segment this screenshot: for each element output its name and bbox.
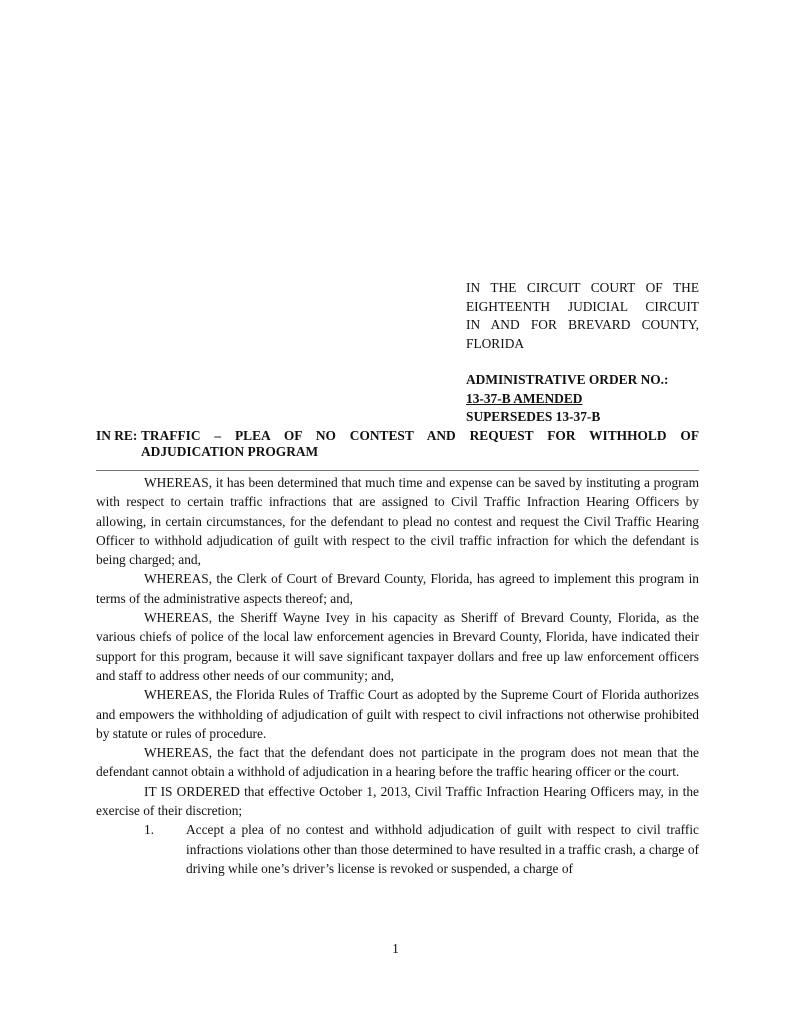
item-text: Accept a plea of no contest and withhold… bbox=[186, 820, 699, 878]
order-label: ADMINISTRATIVE ORDER NO.: bbox=[466, 371, 699, 390]
order-number: 13-37-B AMENDED bbox=[466, 391, 582, 406]
whereas-paragraph: WHEREAS, the Clerk of Court of Brevard C… bbox=[96, 569, 699, 608]
court-line: IN AND FOR BREVARD COUNTY, bbox=[466, 316, 699, 335]
item-number: 1. bbox=[144, 820, 186, 878]
whereas-paragraph: WHEREAS, the Florida Rules of Traffic Co… bbox=[96, 685, 699, 743]
court-line: EIGHTEENTH JUDICIAL CIRCUIT bbox=[466, 298, 699, 317]
order-body: WHEREAS, it has been determined that muc… bbox=[96, 473, 699, 878]
in-re-heading: IN RE: TRAFFIC – PLEA OF NO CONTEST AND … bbox=[96, 428, 699, 460]
court-line: IN THE CIRCUIT COURT OF THE bbox=[466, 279, 699, 298]
page-number: 1 bbox=[0, 941, 791, 957]
whereas-paragraph: WHEREAS, it has been determined that muc… bbox=[96, 473, 699, 569]
in-re-title-line: ADJUDICATION PROGRAM bbox=[141, 444, 699, 460]
whereas-paragraph: WHEREAS, the fact that the defendant doe… bbox=[96, 743, 699, 782]
court-caption: IN THE CIRCUIT COURT OF THE EIGHTEENTH J… bbox=[466, 279, 699, 427]
numbered-item: 1. Accept a plea of no contest and withh… bbox=[144, 820, 699, 878]
ordered-paragraph: IT IS ORDERED that effective October 1, … bbox=[96, 782, 699, 821]
in-re-label: IN RE: bbox=[96, 428, 141, 460]
whereas-paragraph: WHEREAS, the Sheriff Wayne Ivey in his c… bbox=[96, 608, 699, 685]
order-block: ADMINISTRATIVE ORDER NO.: 13-37-B AMENDE… bbox=[466, 371, 699, 427]
horizontal-rule bbox=[96, 470, 699, 471]
in-re-title-line: TRAFFIC – PLEA OF NO CONTEST AND REQUEST… bbox=[141, 428, 699, 444]
court-line: FLORIDA bbox=[466, 335, 699, 354]
in-re-title: TRAFFIC – PLEA OF NO CONTEST AND REQUEST… bbox=[141, 428, 699, 460]
supersedes-line: SUPERSEDES 13-37-B bbox=[466, 408, 699, 427]
court-name: IN THE CIRCUIT COURT OF THE EIGHTEENTH J… bbox=[466, 279, 699, 353]
